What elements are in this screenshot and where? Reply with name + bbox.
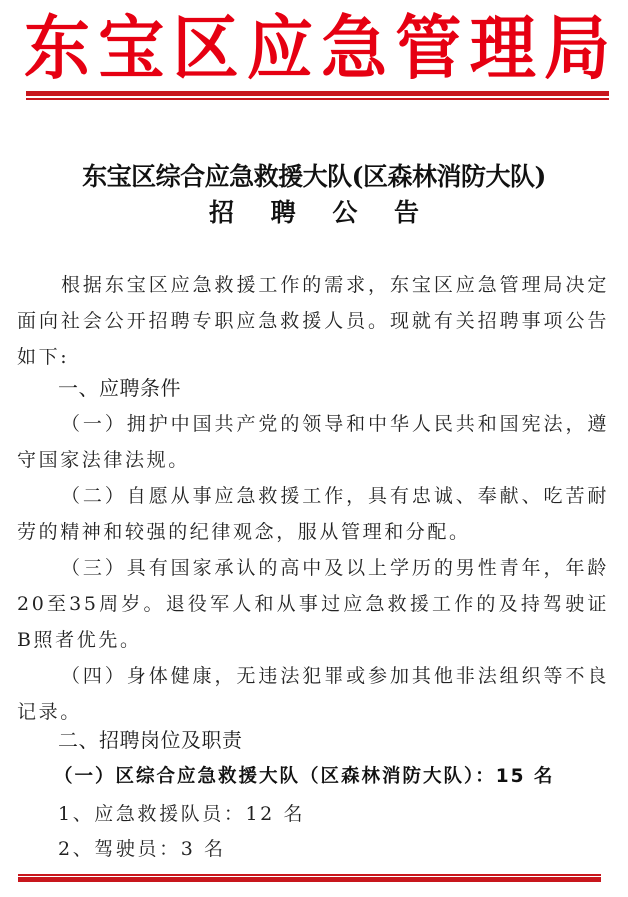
requirement-item-2: （二）自愿从事应急救援工作，具有忠诚、奉献、吃苦耐劳的精神和较强的纪律观念，服从… [17, 478, 609, 550]
requirement-item-4: （四）身体健康，无违法犯罪或参加其他非法组织等不良记录。 [17, 658, 609, 730]
section-heading-requirements: 一、应聘条件 [58, 370, 181, 406]
requirement-item-1: （一）拥护中国共产党的领导和中华人民共和国宪法，遵守国家法律法规。 [17, 406, 609, 478]
footer-rule-thin [18, 874, 601, 876]
masthead-char: 理 [468, 6, 538, 90]
document-title: 东宝区综合应急救援大队(区森林消防大队) [0, 160, 628, 194]
masthead-rule-thin [26, 98, 609, 100]
document-subtitle: 招 聘 公 告 [0, 196, 628, 230]
footer-rule-thick [18, 877, 601, 882]
masthead-char: 应 [245, 6, 315, 90]
masthead-char: 区 [171, 6, 241, 90]
section-heading-positions: 二、招聘岗位及职责 [58, 722, 243, 758]
masthead-char: 管 [393, 6, 463, 90]
masthead-char: 局 [542, 6, 612, 90]
masthead-char: 东 [22, 6, 92, 90]
intro-paragraph: 根据东宝区应急救援工作的需求，东宝区应急管理局决定面向社会公开招聘专职应急救援人… [17, 267, 609, 375]
position-item-driver: 2、驾驶员：3 名 [58, 831, 226, 867]
masthead-rule-thick [26, 91, 609, 96]
masthead-char: 宝 [96, 6, 166, 90]
position-item-rescuer: 1、应急救援队员：12 名 [58, 796, 305, 832]
position-group-heading: （一）区综合应急救援大队（区森林消防大队）：15 名 [54, 759, 554, 795]
masthead-char: 急 [319, 6, 389, 90]
masthead: 东 宝 区 应 急 管 理 局 [22, 8, 612, 88]
requirement-item-3: （三）具有国家承认的高中及以上学历的男性青年，年龄20至35周岁。退役军人和从事… [17, 550, 609, 658]
